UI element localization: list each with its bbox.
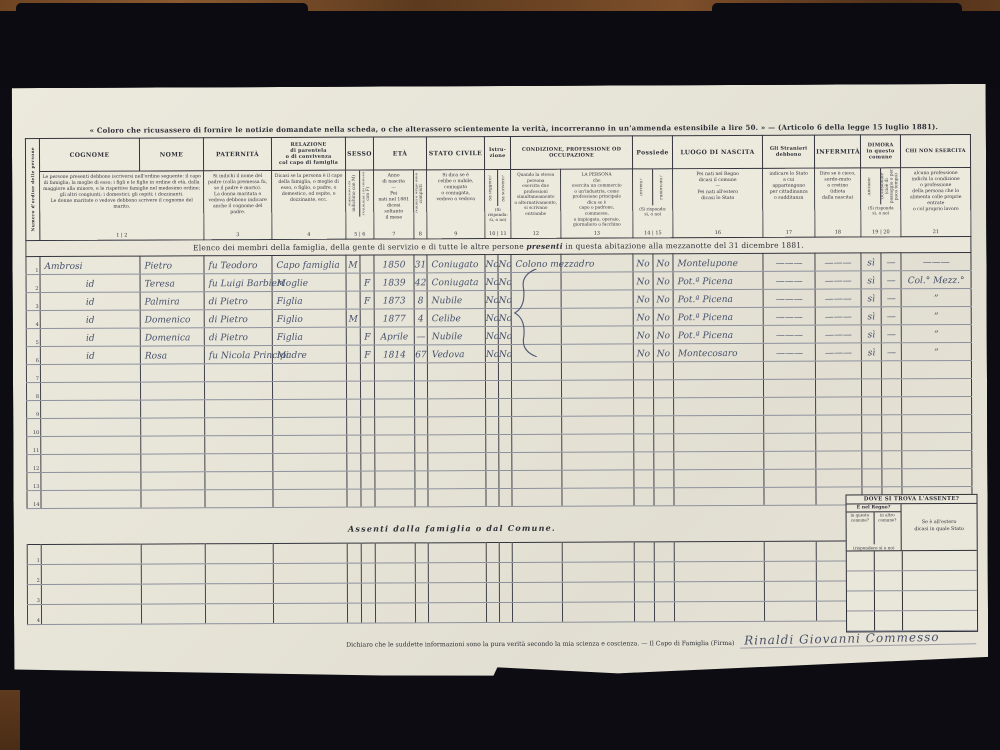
cell-relazione: Capo famiglia xyxy=(272,255,346,273)
la-persona-instructions: LA PERSONA che esercita un commercio o u… xyxy=(561,169,633,238)
col-stato-civile-header: STATO CIVILE xyxy=(426,137,484,170)
cell-fabbricati xyxy=(654,416,674,434)
cell-f xyxy=(361,417,375,435)
cell-n: 13 xyxy=(27,473,41,491)
possiede-instructions: Terreni? Fabbricati? (Si risponda: sì, o… xyxy=(633,169,673,238)
cell-chi xyxy=(901,360,971,378)
cell-anni xyxy=(415,543,428,563)
cell-chi: ” xyxy=(901,288,971,306)
cell-stato: Coniugato xyxy=(427,255,485,273)
cell-stato: Nubile xyxy=(427,327,485,345)
cell-inferm: ——— xyxy=(815,325,861,343)
cell-relazione: Figlia xyxy=(272,327,346,345)
cell-cognome xyxy=(41,490,141,508)
cell-m xyxy=(347,417,361,435)
cell-dimAb: sì xyxy=(861,289,881,307)
cell-relazione: Figlio xyxy=(272,309,346,327)
cell-f xyxy=(361,543,375,563)
cell-luogo: Pot.ª Picena xyxy=(673,325,763,343)
cell-dimAb xyxy=(861,361,881,379)
cell-terreni: No xyxy=(633,308,653,326)
cell-nome: Domenico xyxy=(140,310,204,328)
cell-stran xyxy=(764,379,816,397)
cell-paternita: di Pietro xyxy=(204,327,272,345)
cell-prof2 xyxy=(562,582,634,602)
cell-anni xyxy=(415,489,428,507)
cell-anni xyxy=(415,435,428,453)
cell-relazione xyxy=(273,471,347,489)
cell-stran xyxy=(764,451,816,469)
col-paternita-header: PATERNITÀ xyxy=(203,137,271,170)
cell-stato xyxy=(428,603,486,623)
cell-relazione xyxy=(272,363,346,381)
cell-relazione xyxy=(273,543,347,563)
cell-n: 10 xyxy=(27,419,41,437)
cell-paternita: di Pietro xyxy=(204,309,272,327)
cell-stato: Vedova xyxy=(427,345,485,363)
cell-legge xyxy=(486,471,499,489)
cell-relazione xyxy=(273,453,347,471)
cell-fabbricati xyxy=(654,398,674,416)
cell-relazione xyxy=(273,489,347,507)
cell-stato xyxy=(428,381,486,399)
cell-stran xyxy=(764,561,816,581)
assenti-section-title: Assenti dalla famiglia o dal Comune. xyxy=(14,521,891,535)
cell-relazione xyxy=(273,399,347,417)
cell-stato: Coniugata xyxy=(427,273,485,291)
cell-prof xyxy=(512,542,562,562)
cell-luogo: Montelupone xyxy=(673,253,763,271)
cell-dimOcc: — xyxy=(881,325,901,343)
cell-terreni xyxy=(634,434,654,452)
stato-civile-instructions: Si dica se è celibe o nubile, coniugato … xyxy=(427,170,485,239)
cell-legge: No xyxy=(485,345,498,363)
cell-inferm: ——— xyxy=(815,307,861,325)
cell-paternita xyxy=(205,399,273,417)
cell-cognome xyxy=(40,382,140,400)
cell-anni xyxy=(415,417,428,435)
cell-prof xyxy=(511,362,561,380)
col-infermita-header: INFERMITÀ xyxy=(814,135,860,168)
cell-m xyxy=(347,603,361,623)
cell-m xyxy=(346,381,360,399)
cell-inferm: ——— xyxy=(815,253,861,271)
col-nome-header: NOME xyxy=(139,138,203,171)
cell-m: M xyxy=(346,255,360,273)
cell-scrive xyxy=(499,542,512,562)
cell-nome: Teresa xyxy=(140,274,204,292)
cell-m xyxy=(347,489,361,507)
cell-terreni xyxy=(634,562,654,582)
cell-terreni: No xyxy=(633,272,653,290)
dove-row xyxy=(847,611,977,632)
cell-m xyxy=(346,363,360,381)
cell-dimOcc xyxy=(882,397,902,415)
cell-scrive xyxy=(499,488,512,506)
empty-row: 14 xyxy=(27,486,972,508)
cell-anni: 4 xyxy=(414,309,427,327)
cell-scrive xyxy=(499,398,512,416)
cell-anno: Aprile xyxy=(374,327,414,345)
cell-stato xyxy=(428,471,486,489)
luogo-nascita-instructions: Pei nati nel Regno dicasi il comune — Pe… xyxy=(673,168,763,237)
cell-prof xyxy=(512,434,562,452)
cell-f xyxy=(361,603,375,623)
cell-legge xyxy=(486,417,499,435)
cell-prof2 xyxy=(562,434,634,452)
cell-prof2 xyxy=(561,362,633,380)
cell-dimOcc xyxy=(882,433,902,451)
cell-prof2 xyxy=(562,602,634,622)
cell-terreni xyxy=(634,602,654,622)
cell-paternita xyxy=(205,435,273,453)
cell-prof xyxy=(512,602,562,622)
cell-anni xyxy=(415,583,428,603)
cell-prof2 xyxy=(562,380,634,398)
ditto-brace xyxy=(513,269,549,357)
cell-scrive xyxy=(499,562,512,582)
cell-chi: ——— xyxy=(901,252,971,270)
cell-legge xyxy=(486,563,499,583)
cell-inferm: ——— xyxy=(815,343,861,361)
cell-scrive xyxy=(499,434,512,452)
cell-fabbricati xyxy=(654,488,674,506)
cell-scrive: No xyxy=(498,308,511,326)
cell-cognome: id xyxy=(40,346,140,364)
cell-m xyxy=(347,563,361,583)
cell-legge: No xyxy=(485,309,498,327)
cell-stran xyxy=(764,433,816,451)
cell-m xyxy=(347,471,361,489)
cell-terreni: No xyxy=(633,290,653,308)
cell-stato: Nubile xyxy=(427,291,485,309)
declaration-line: Dichiaro che le suddette informazioni so… xyxy=(346,631,976,649)
sa-scrivere-label: Sa scrivere? xyxy=(502,175,507,202)
stranieri-instructions: indicare lo Stato a cui appartengono per… xyxy=(763,168,815,237)
cell-nome: Domenica xyxy=(140,328,204,346)
infermita-instructions: Dire se è cieco, sordo-muto o cretino (i… xyxy=(815,168,861,237)
cell-stran xyxy=(764,541,816,561)
cell-paternita xyxy=(205,563,273,583)
cell-fabbricati xyxy=(654,582,674,602)
cell-nome xyxy=(140,364,204,382)
black-folder-cover xyxy=(0,11,1000,91)
cell-nome: Rosa xyxy=(140,346,204,364)
cell-paternita xyxy=(205,603,273,623)
cell-dimAb: sì xyxy=(861,325,881,343)
cell-fabbricati: No xyxy=(653,344,673,362)
cell-anno xyxy=(374,363,414,381)
col-eta-header: ETÀ xyxy=(373,137,426,170)
cell-chi xyxy=(902,468,972,486)
cell-nome xyxy=(141,436,205,454)
cell-cognome xyxy=(41,418,141,436)
cell-stran xyxy=(764,601,816,621)
cell-legge xyxy=(486,603,499,623)
cell-dimOcc: — xyxy=(881,289,901,307)
col-dimora-header: DIMORA in questo comune xyxy=(860,135,900,168)
cell-fabbricati xyxy=(654,434,674,452)
cell-legge xyxy=(486,435,499,453)
cell-stato xyxy=(428,583,486,603)
cell-f xyxy=(361,435,375,453)
cell-stato xyxy=(428,417,486,435)
cell-n: 8 xyxy=(26,383,40,401)
cell-relazione xyxy=(273,603,347,623)
cell-anni xyxy=(415,453,428,471)
cell-anni xyxy=(415,399,428,417)
cell-luogo xyxy=(674,541,764,561)
cell-prof xyxy=(512,582,562,602)
cell-inferm xyxy=(816,397,862,415)
cell-legge: No xyxy=(485,291,498,309)
cell-anno xyxy=(375,381,415,399)
cell-fabbricati xyxy=(654,470,674,488)
cell-legge xyxy=(486,453,499,471)
cell-inferm xyxy=(816,379,862,397)
cell-relazione: Figlia xyxy=(272,291,346,309)
col-luogo-nascita-header: LUOGO DI NASCITA xyxy=(672,135,762,168)
cell-cognome xyxy=(41,472,141,490)
cell-prof xyxy=(512,398,562,416)
col-number-header: Numero d'ordine delle persone xyxy=(25,139,39,241)
cell-anno: 1850 xyxy=(374,255,414,273)
cell-stran xyxy=(764,415,816,433)
cell-cognome xyxy=(41,544,141,564)
col-istruzione-header: Istru- zione xyxy=(484,136,510,169)
cell-n: 5 xyxy=(26,329,40,347)
cell-prof xyxy=(512,452,562,470)
declaration-text: Dichiaro che le suddette informazioni so… xyxy=(346,640,734,649)
rispondere-note: (rispondere sì o no) xyxy=(847,545,901,550)
due-professioni-instructions: Quando la stessa persona esercita due pr… xyxy=(511,169,561,238)
cell-dimOcc xyxy=(882,415,902,433)
cell-stran: ——— xyxy=(763,307,815,325)
cell-prof2 xyxy=(562,398,634,416)
cell-inferm xyxy=(815,361,861,379)
relazione-instructions: Dicasi se la persona è il capo della fam… xyxy=(272,170,346,239)
cell-f xyxy=(361,471,375,489)
cell-terreni xyxy=(634,542,654,562)
cell-anni: — xyxy=(414,327,427,345)
cell-prof xyxy=(512,380,562,398)
cell-n: 3 xyxy=(27,585,41,605)
cell-stran xyxy=(764,487,816,505)
cell-anni xyxy=(415,563,428,583)
terreni-label: Terreni? xyxy=(640,178,645,196)
cell-anno xyxy=(375,543,415,563)
cell-terreni xyxy=(633,362,653,380)
cell-legge: No xyxy=(485,327,498,345)
cell-stato xyxy=(427,363,485,381)
cell-legge xyxy=(486,583,499,603)
cell-cognome xyxy=(40,364,140,382)
col-chi-non-esercita-header: CHI NON ESERCITA xyxy=(901,134,971,167)
cell-n: 14 xyxy=(27,491,41,509)
cell-f xyxy=(361,453,375,471)
dimora-instructions: Abituale Occasionale (cioè di passaggio … xyxy=(861,168,901,237)
cell-anno xyxy=(375,417,415,435)
cell-n: 11 xyxy=(27,437,41,455)
cell-terreni xyxy=(634,470,654,488)
cell-anno xyxy=(375,471,415,489)
cell-inferm xyxy=(816,451,862,469)
cell-cognome xyxy=(41,454,141,472)
cell-paternita: di Pietro xyxy=(204,291,272,309)
fabbricati-label: Fabbricati? xyxy=(660,175,665,200)
cell-n: 4 xyxy=(26,311,40,329)
cell-stran: ——— xyxy=(763,271,815,289)
cell-anno xyxy=(375,435,415,453)
cell-relazione xyxy=(273,583,347,603)
cell-dimAb: sì xyxy=(861,253,881,271)
cell-chi: Col.° Mezz.° xyxy=(901,270,971,288)
cell-terreni xyxy=(634,488,654,506)
census-form-sheet: « Coloro che ricusassero di fornire le n… xyxy=(12,84,989,680)
cell-cognome: id xyxy=(40,274,140,292)
cell-cognome xyxy=(41,400,141,418)
cell-scrive: No xyxy=(498,272,511,290)
cell-prof2 xyxy=(562,542,634,562)
col-condizione-header: CONDIZIONE, PROFESSIONE OD OCCUPAZIONE xyxy=(510,136,632,170)
cell-m xyxy=(347,583,361,603)
cell-m xyxy=(347,399,361,417)
cell-fabbricati: No xyxy=(653,272,673,290)
cell-n: 2 xyxy=(26,275,40,293)
questo-comune-label: in questo comune? xyxy=(847,512,874,544)
cell-relazione xyxy=(273,417,347,435)
cell-dimAb xyxy=(862,433,882,451)
cell-stran xyxy=(764,397,816,415)
cell-dimAb: sì xyxy=(861,343,881,361)
names-instructions: Le persone presenti debbono iscriversi n… xyxy=(40,171,204,241)
cell-nome: Palmira xyxy=(140,292,204,310)
cell-prof2 xyxy=(561,272,633,290)
cell-prof2 xyxy=(561,326,633,344)
cell-scrive xyxy=(499,582,512,602)
cell-paternita xyxy=(205,453,273,471)
altro-comune-label: in altro comune? xyxy=(873,512,901,544)
cell-anni xyxy=(414,363,427,381)
cell-paternita xyxy=(205,489,273,507)
cell-luogo xyxy=(674,561,764,581)
cell-paternita xyxy=(204,363,272,381)
cell-relazione: Madre xyxy=(272,345,346,363)
cell-prof2 xyxy=(561,290,633,308)
cell-m xyxy=(346,327,360,345)
cell-prof2 xyxy=(562,416,634,434)
cell-anno: 1877 xyxy=(374,309,414,327)
cell-nome xyxy=(141,584,205,604)
cell-chi xyxy=(902,396,972,414)
cell-legge xyxy=(486,543,499,563)
cell-stato xyxy=(428,399,486,417)
cell-legge: No xyxy=(485,255,498,273)
cell-f xyxy=(361,563,375,583)
dove-row xyxy=(847,551,977,572)
maschio-label: Maschio (Si indichino con M) xyxy=(348,171,358,217)
col-cognome-header: COGNOME xyxy=(39,138,139,171)
cell-stato xyxy=(428,453,486,471)
cell-scrive: No xyxy=(498,326,511,344)
cell-nome xyxy=(141,604,205,624)
cell-stran xyxy=(764,581,816,601)
cell-n: 6 xyxy=(26,347,40,365)
cell-stato xyxy=(428,489,486,507)
cell-luogo: Pot.ª Picena xyxy=(673,307,763,325)
cell-dimOcc xyxy=(882,451,902,469)
cell-luogo xyxy=(674,469,764,487)
cell-fabbricati xyxy=(654,562,674,582)
wood-edge-sliver xyxy=(0,690,20,750)
cell-cognome xyxy=(41,436,141,454)
cell-n: 3 xyxy=(26,293,40,311)
cell-legge xyxy=(485,363,498,381)
cell-scrive xyxy=(499,470,512,488)
cell-paternita xyxy=(205,583,273,603)
cell-n: 12 xyxy=(27,455,41,473)
cell-fabbricati xyxy=(653,362,673,380)
anni-compiuti-instructions: Numero degli anni compiuti8 xyxy=(414,170,427,239)
cell-nome xyxy=(141,454,205,472)
cell-f: F xyxy=(360,345,374,363)
penalty-warning: « Coloro che ricusassero di fornire le n… xyxy=(82,122,946,135)
cell-nome: Pietro xyxy=(140,256,204,274)
cell-f xyxy=(360,309,374,327)
sesso-instructions: Maschio (Si indichino con M) Femmina (Si… xyxy=(346,170,374,239)
cell-chi xyxy=(902,414,972,432)
cell-fabbricati xyxy=(654,542,674,562)
cell-legge xyxy=(486,381,499,399)
cell-scrive: No xyxy=(498,290,511,308)
cell-f xyxy=(360,255,374,273)
cell-dimOcc: — xyxy=(881,343,901,361)
cell-prof2 xyxy=(562,452,634,470)
cell-stran xyxy=(764,469,816,487)
cell-paternita: fu Nicola Principi xyxy=(204,345,272,363)
cell-stato xyxy=(428,563,486,583)
cell-luogo: Pot.ª Picena xyxy=(673,289,763,307)
cell-dimAb xyxy=(862,379,882,397)
cell-m xyxy=(347,543,361,563)
cell-dimOcc xyxy=(881,361,901,379)
occasionale-label: Occasionale (cioè di passaggio o per poc… xyxy=(881,168,900,204)
cell-paternita: fu Luigi Barbieri xyxy=(204,273,272,291)
cell-luogo xyxy=(674,581,764,601)
cell-prof xyxy=(512,470,562,488)
cell-nome xyxy=(141,400,205,418)
cell-terreni xyxy=(634,380,654,398)
cell-cognome: id xyxy=(40,292,140,310)
cell-cognome: Ambrosi xyxy=(40,256,140,274)
census-table: Numero d'ordine delle persone COGNOME NO… xyxy=(25,134,973,509)
cell-terreni xyxy=(634,398,654,416)
cell-prof xyxy=(512,416,562,434)
cell-nome xyxy=(140,382,204,400)
cell-dimAb xyxy=(862,451,882,469)
cell-n: 9 xyxy=(27,401,41,419)
cell-stran: ——— xyxy=(763,253,815,271)
cell-chi: ” xyxy=(901,306,971,324)
cell-prof2 xyxy=(562,470,634,488)
cell-terreni xyxy=(634,452,654,470)
cell-paternita: fu Teodoro xyxy=(204,255,272,273)
cell-m xyxy=(346,273,360,291)
cell-prof2 xyxy=(562,562,634,582)
cell-nome xyxy=(141,544,205,564)
cell-stran xyxy=(763,361,815,379)
sa-leggere-label: Sa leggere? xyxy=(489,175,494,201)
